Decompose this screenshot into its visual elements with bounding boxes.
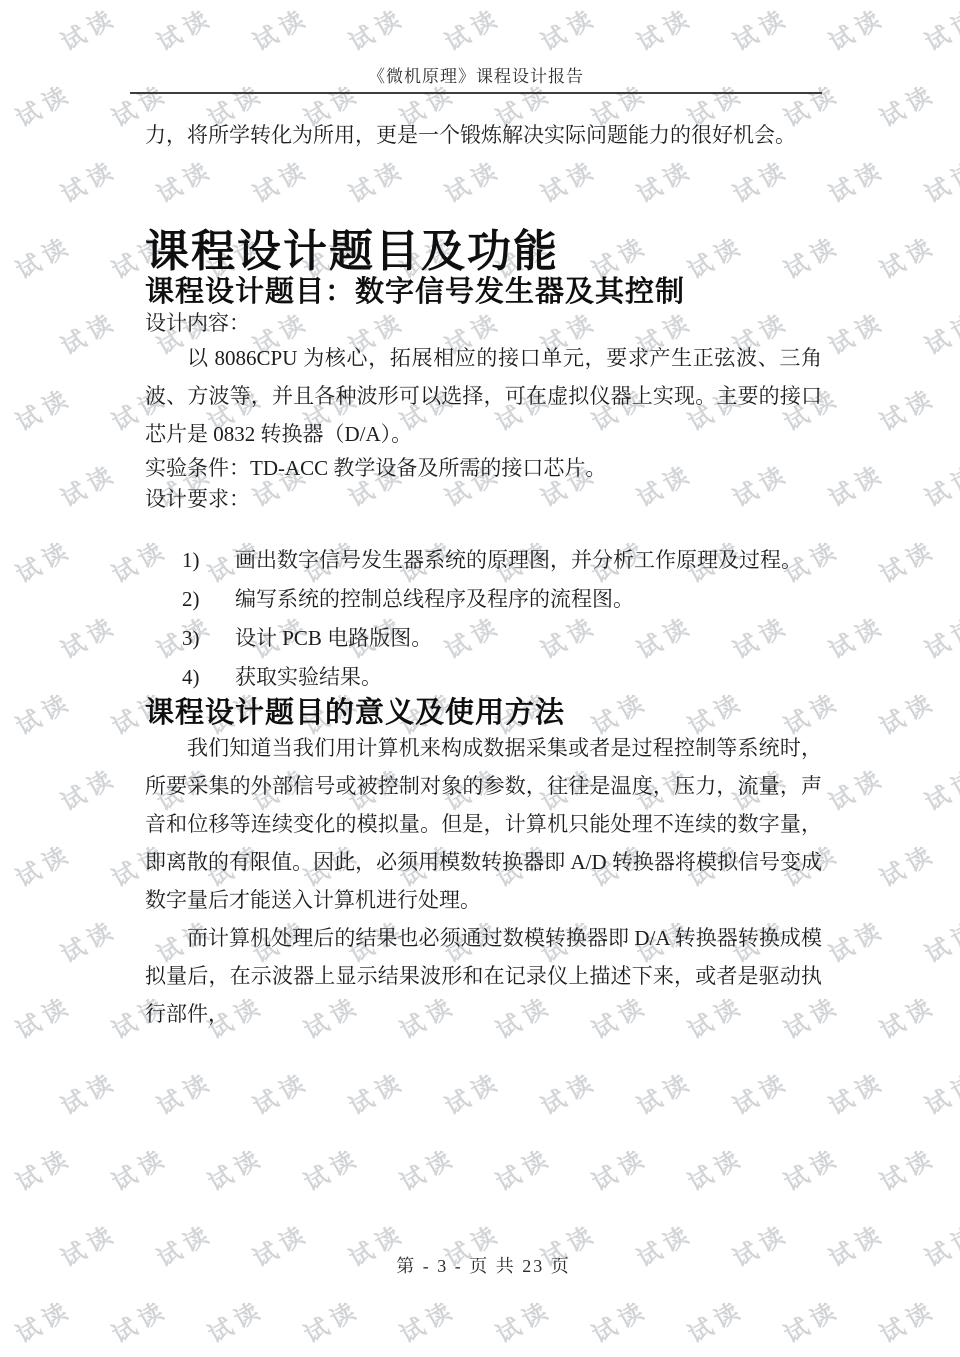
watermark-text: 试读 [8,1137,77,1197]
requirement-text: 编写系统的控制总线程序及程序的流程图。 [235,587,634,611]
watermark-text: 试读 [629,1061,698,1121]
watermark-text: 试读 [872,985,941,1045]
requirement-number: 2) [182,580,235,619]
watermark-text: 试读 [8,529,77,589]
meaning-paragraph-1: 我们知道当我们用计算机来构成数据采集或者是过程控制等系统时，所要采集的外部信号或… [145,729,822,919]
watermark-text: 试读 [53,757,122,817]
watermark-text: 试读 [821,0,890,58]
watermark-text: 试读 [488,1289,557,1349]
experiment-condition-line: 实验条件：TD-ACC 教学设备及所需的接口芯片。 [145,453,822,484]
watermark-text: 试读 [917,149,960,209]
watermark-text: 试读 [725,1061,794,1121]
watermark-text: 试读 [149,1061,218,1121]
design-content-label: 设计内容： [145,308,822,339]
watermark-text: 试读 [872,377,941,437]
watermark-text: 试读 [200,1137,269,1197]
watermark-text: 试读 [872,73,941,133]
watermark-text: 试读 [872,1137,941,1197]
watermark-text: 试读 [821,757,890,817]
requirement-text: 获取实验结果。 [235,665,382,689]
watermark-text: 试读 [821,909,890,969]
page-number-text: 第 - 3 - 页 共 23 页 [396,1256,571,1276]
watermark-text: 试读 [872,225,941,285]
watermark-text: 试读 [872,529,941,589]
watermark-text: 试读 [872,681,941,741]
watermark-text: 试读 [53,1213,122,1273]
requirement-item: 1)画出数字信号发生器系统的原理图，并分析工作原理及过程。 [145,541,822,580]
intro-paragraph: 力，将所学转化为所用，更是一个锻炼解决实际问题能力的很好机会。 [145,120,822,151]
requirement-number: 1) [182,541,235,580]
watermark-text: 试读 [917,605,960,665]
watermark-text: 试读 [8,225,77,285]
watermark-text: 试读 [680,1137,749,1197]
watermark-text: 试读 [872,1289,941,1349]
watermark-text: 试读 [917,757,960,817]
watermark-text: 试读 [917,301,960,361]
requirement-number: 4) [182,658,235,697]
watermark-text: 试读 [8,833,77,893]
chapter-title: 课程设计题目及功能 [145,228,822,276]
watermark-text: 试读 [821,1213,890,1273]
watermark-text: 试读 [821,453,890,513]
watermark-text: 试读 [917,1213,960,1273]
watermark-text: 试读 [821,301,890,361]
watermark-text: 试读 [821,149,890,209]
watermark-text: 试读 [776,1289,845,1349]
requirement-item: 4)获取实验结果。 [145,658,822,697]
requirements-list: 1)画出数字信号发生器系统的原理图，并分析工作原理及过程。2)编写系统的控制总线… [145,541,822,697]
page-footer: 第 - 3 - 页 共 23 页 [145,1252,822,1278]
watermark-text: 试读 [392,1137,461,1197]
watermark-text: 试读 [53,909,122,969]
requirement-text: 画出数字信号发生器系统的原理图，并分析工作原理及过程。 [235,548,802,572]
requirement-item: 2)编写系统的控制总线程序及程序的流程图。 [145,580,822,619]
watermark-text: 试读 [917,0,960,58]
watermark-text: 试读 [917,909,960,969]
watermark-text: 试读 [245,1061,314,1121]
watermark-text: 试读 [296,1137,365,1197]
document-page: 试读试读试读试读试读试读试读试读试读试读试读试读试读试读试读试读试读试读试读试读… [0,0,960,1357]
watermark-text: 试读 [917,453,960,513]
watermark-text: 试读 [8,377,77,437]
watermark-text: 试读 [584,1137,653,1197]
watermark-text: 试读 [341,1061,410,1121]
watermark-text: 试读 [53,453,122,513]
watermark-text: 试读 [8,985,77,1045]
watermark-text: 试读 [53,1061,122,1121]
watermark-text: 试读 [200,1289,269,1349]
meaning-paragraph-2: 而计算机处理后的结果也必须通过数模转换器即 D/A 转换器转换成模拟量后，在示波… [145,919,822,1033]
watermark-text: 试读 [104,1289,173,1349]
section1-title: 课程设计题目：数字信号发生器及其控制 [145,276,822,308]
watermark-text: 试读 [917,1061,960,1121]
section2-title: 课程设计题目的意义及使用方法 [145,697,822,729]
requirement-item: 3)设计 PCB 电路版图。 [145,619,822,658]
watermark-text: 试读 [821,605,890,665]
document-content: 力，将所学转化为所用，更是一个锻炼解决实际问题能力的很好机会。 课程设计题目及功… [145,0,822,1033]
watermark-text: 试读 [53,0,122,58]
watermark-text: 试读 [776,1137,845,1197]
watermark-text: 试读 [8,73,77,133]
watermark-text: 试读 [821,1061,890,1121]
watermark-text: 试读 [8,1289,77,1349]
watermark-text: 试读 [53,605,122,665]
watermark-text: 试读 [53,301,122,361]
watermark-text: 试读 [8,681,77,741]
requirement-text: 设计 PCB 电路版图。 [235,626,432,650]
design-content-paragraph: 以 8086CPU 为核心，拓展相应的接口单元，要求产生正弦波、三角波、方波等，… [145,339,822,453]
requirement-number: 3) [182,619,235,658]
watermark-text: 试读 [104,1137,173,1197]
watermark-text: 试读 [392,1289,461,1349]
watermark-text: 试读 [533,1061,602,1121]
watermark-text: 试读 [680,1289,749,1349]
watermark-text: 试读 [296,1289,365,1349]
watermark-text: 试读 [872,833,941,893]
watermark-text: 试读 [53,149,122,209]
watermark-text: 试读 [584,1289,653,1349]
watermark-text: 试读 [488,1137,557,1197]
watermark-text: 试读 [437,1061,506,1121]
design-requirements-label: 设计要求： [145,484,822,515]
